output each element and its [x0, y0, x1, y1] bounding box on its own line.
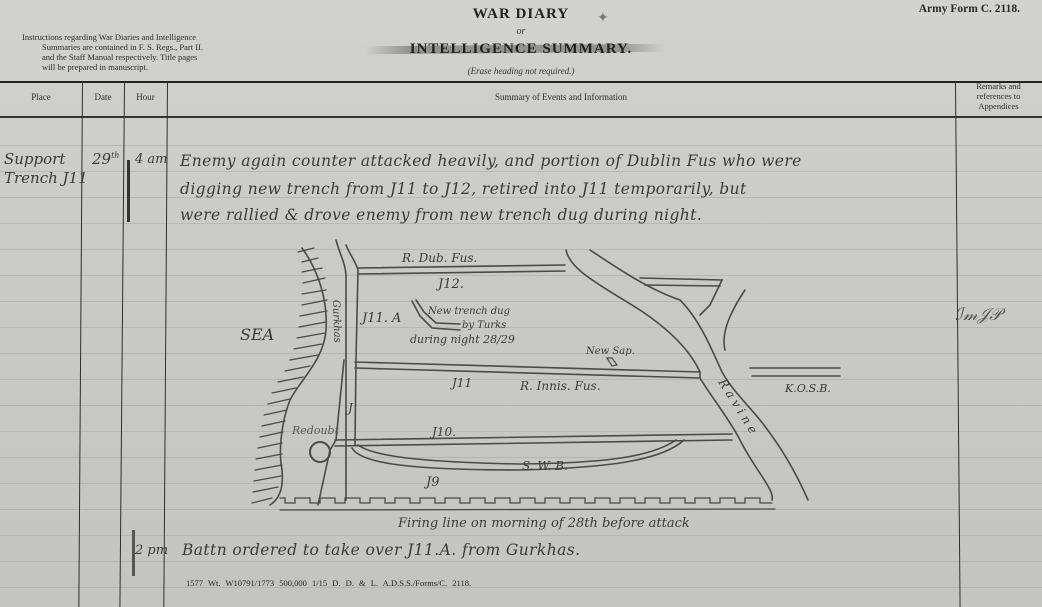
- map-label-j10: J10.: [429, 425, 456, 439]
- trench-sketch-map: SEA Gurkhas R. Dub. Fus. J12. J11. A New…: [0, 0, 1042, 607]
- map-label-gurkhas: Gurkhas: [330, 300, 342, 343]
- map-label-j11a: J11. A: [359, 311, 401, 326]
- map-label-firing-line: Firing line on morning of 28th before at…: [397, 516, 690, 531]
- map-label-redoubt: Redoubt: [291, 424, 340, 437]
- map-label-swb: S. W. B.: [522, 459, 568, 473]
- map-label-sea: SEA: [240, 325, 274, 344]
- map-label-by-turks: by Turks: [462, 320, 506, 331]
- map-label-r-innis-fus: R. Innis. Fus.: [519, 379, 601, 393]
- signature-initials: ℐ𝓂𝒥𝒫: [955, 305, 1001, 325]
- map-label-during-night: during night 28/29: [410, 333, 515, 346]
- map-label-new-trench: New trench dug: [427, 306, 510, 317]
- summary-line: Battn ordered to take over J11.A. from G…: [182, 541, 580, 559]
- map-label-j11: J11: [449, 376, 472, 390]
- map-label-new-sap: New Sap.: [585, 346, 635, 357]
- war-diary-page: Instructions regarding War Diaries and I…: [0, 0, 1042, 607]
- map-label-r-dub-fus: R. Dub. Fus.: [401, 251, 477, 265]
- print-reference: 1577 Wt. W10791/1773 500,000 1/15 D. D. …: [186, 578, 471, 588]
- map-label-kosb: K.O.S.B.: [784, 382, 831, 395]
- map-label-j9: J9: [423, 475, 439, 490]
- map-label-ravine: Ravine: [715, 375, 762, 439]
- entry-hour: 2 pm: [135, 543, 168, 558]
- map-label-j12: J12.: [435, 277, 464, 292]
